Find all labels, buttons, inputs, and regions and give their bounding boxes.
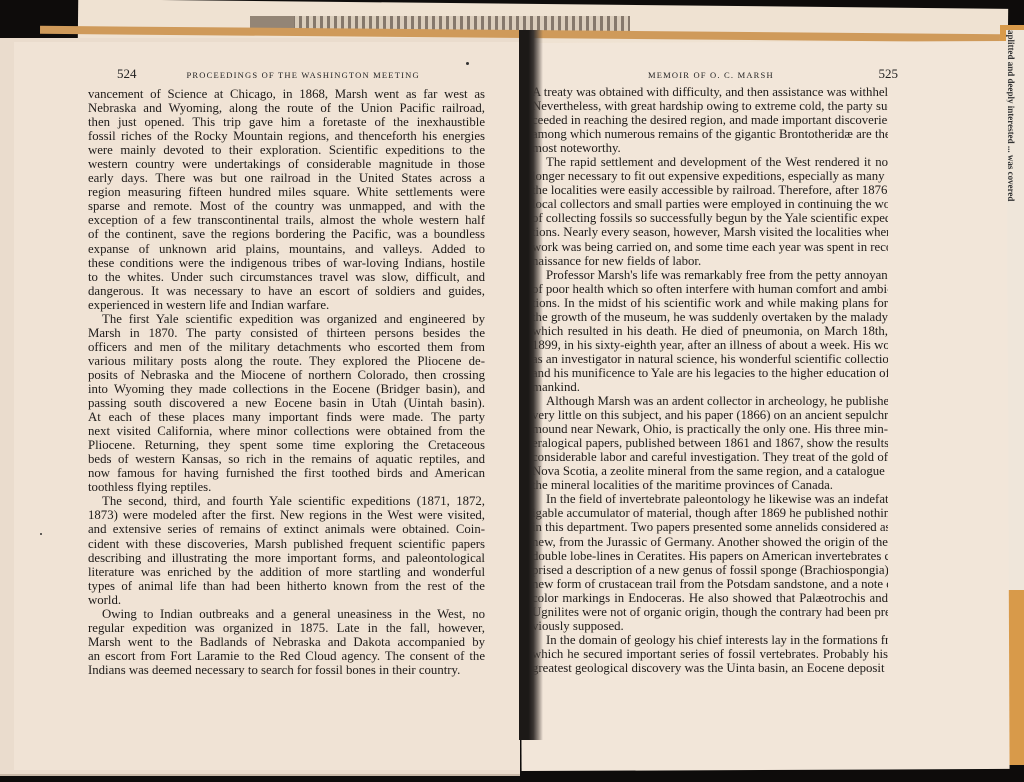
text-line: which resulted in his death. He died of …	[532, 324, 888, 338]
text-line: now famous for having furnished the firs…	[88, 466, 485, 480]
text-line: work was being carried on, and some time…	[532, 240, 888, 254]
text-line: beds of western Kansas, so rich in the r…	[88, 452, 485, 466]
text-line: vancement of Science at Chicago, in 1868…	[88, 87, 485, 101]
text-line: of collecting fossils so successfully be…	[532, 211, 888, 225]
text-line: double lobe-lines in Ceratites. His pape…	[532, 549, 888, 563]
text-line: naissance for new fields of labor.	[532, 254, 888, 268]
right-edge-text: aplitted and deeply interested ... was c…	[1006, 30, 1015, 201]
text-line: Ugnilites were not of organic origin, th…	[532, 605, 888, 619]
text-line: region measuring fifteen hundred miles s…	[88, 185, 485, 199]
text-line: 1873) were modeled after the first. New …	[88, 508, 485, 522]
left-running-head: 524 PROCEEDINGS OF THE WASHINGTON MEETIN…	[117, 66, 441, 82]
text-line: cident with these discoveries, Marsh pub…	[88, 537, 485, 551]
text-line: of the continent, save the regions borde…	[88, 227, 485, 241]
text-line: longer necessary to fit out expensive ex…	[532, 169, 888, 183]
text-line: western country were undertakings of con…	[88, 157, 485, 171]
text-line: greatest geological discovery was the Ui…	[532, 661, 888, 675]
text-line: Nebraska and Wyoming, along the route of…	[88, 101, 485, 115]
text-line: in this department. Two papers presented…	[532, 520, 888, 534]
text-line: 1899, in his sixty-eighth year, after an…	[532, 338, 888, 352]
text-line: local collectors and small parties were …	[532, 197, 888, 211]
page-number: 524	[117, 66, 137, 82]
right-page-body: A treaty was obtained with difficulty, a…	[532, 85, 888, 675]
text-line: officers and men of the military detachm…	[88, 340, 485, 354]
text-line: Indians was deemed necessary to search f…	[88, 663, 485, 677]
text-line: next visited California, where minor col…	[88, 424, 485, 438]
text-line: the mineral localities of the maritime p…	[532, 478, 888, 492]
text-line: among which numerous remains of the giga…	[532, 127, 888, 141]
text-line: which he secured important series of fos…	[532, 647, 888, 661]
text-line: describing and illustrating the more imp…	[88, 551, 485, 565]
text-line: Owing to Indian outbreaks and a general …	[88, 607, 485, 621]
text-line: fossil riches of the Rocky Mountain regi…	[88, 129, 485, 143]
text-line: prised a description of a new genus of f…	[532, 563, 888, 577]
text-line: were mainly devoted to their exploration…	[88, 143, 485, 157]
text-line: most noteworthy.	[532, 141, 888, 155]
text-line: regular expedition was organized in 1875…	[88, 621, 485, 635]
page-number: 525	[879, 66, 899, 82]
text-line: the growth of the museum, he was suddenl…	[532, 310, 888, 324]
text-line: toothless flying reptiles.	[88, 480, 485, 494]
text-line: mankind.	[532, 380, 888, 394]
text-line: sparse and remote. Most of the country w…	[88, 199, 485, 213]
text-line: Although Marsh was an ardent collector i…	[532, 394, 888, 408]
text-line: and extensive series of remains of extin…	[88, 522, 485, 536]
text-line: experienced in western life and Indian w…	[88, 298, 485, 312]
text-line: Nevertheless, with great hardship owing …	[532, 99, 888, 113]
text-line: color markings in Endoceras. He also sho…	[532, 591, 888, 605]
text-line: mound near Newark, Ohio, is practically …	[532, 422, 888, 436]
right-running-head: MEMOIR OF O. C. MARSH 525	[648, 66, 898, 82]
text-line: posits of Nebraska and the Miocene of no…	[88, 368, 485, 382]
speck	[40, 533, 42, 535]
text-line: ceeded in reaching the desired region, a…	[532, 113, 888, 127]
text-line: these conditions were the indigenous tri…	[88, 256, 485, 270]
text-line: the localities were easily accessible by…	[532, 183, 888, 197]
text-line: an escort from Fort Laramie to the Red C…	[88, 649, 485, 663]
text-line: early days. There was but one railroad i…	[88, 171, 485, 185]
text-line: expanse of unknown arid plains, mountain…	[88, 242, 485, 256]
text-line: and his munificence to Yale are his lega…	[532, 366, 888, 380]
text-line: The rapid settlement and development of …	[532, 155, 888, 169]
text-line: to the whites. Under such circumstances …	[88, 270, 485, 284]
book-gutter-shadow	[519, 30, 543, 740]
text-line: Marsh went to the Badlands of Nebraska a…	[88, 635, 485, 649]
running-head-title: MEMOIR OF O. C. MARSH	[648, 70, 774, 80]
text-line: Nova Scotia, a zeolite mineral from the …	[532, 464, 888, 478]
text-line: Professor Marsh's life was remarkably fr…	[532, 268, 888, 282]
text-line: In the field of invertebrate paleontolog…	[532, 492, 888, 506]
text-line: as an investigator in natural science, h…	[532, 352, 888, 366]
text-line: eralogical papers, published between 186…	[532, 436, 888, 450]
text-line: A treaty was obtained with difficulty, a…	[532, 85, 888, 99]
text-line: into Wyoming they made collections in th…	[88, 382, 485, 396]
text-line: passing south discovered a new Eocene ba…	[88, 396, 485, 410]
text-line: tions. Nearly every season, however, Mar…	[532, 225, 888, 239]
text-line: then just opened. This trip gave him a f…	[88, 115, 485, 129]
text-line: viously supposed.	[532, 619, 888, 633]
left-page-body: vancement of Science at Chicago, in 1868…	[88, 87, 485, 677]
right-edge-clipping: aplitted and deeply interested ... was c…	[1006, 30, 1024, 590]
text-line: The first Yale scientific expedition was…	[88, 312, 485, 326]
text-line: tions. In the midst of his scientific wo…	[532, 296, 888, 310]
text-line: exception of a few transcontinental trai…	[88, 213, 485, 227]
text-line: igable accumulator of material, though a…	[532, 506, 888, 520]
running-head-title: PROCEEDINGS OF THE WASHINGTON MEETING	[187, 70, 420, 80]
text-line: Marsh in 1870. The party consisted of th…	[88, 326, 485, 340]
text-line: At each of these places many important f…	[88, 410, 485, 424]
text-line: In the domain of geology his chief inter…	[532, 633, 888, 647]
text-line: types of animal life than had been hithe…	[88, 579, 485, 593]
text-line: various military posts along the route. …	[88, 354, 485, 368]
text-line: The second, third, and fourth Yale scien…	[88, 494, 485, 508]
text-line: literature was enriched by the addition …	[88, 565, 485, 579]
text-line: of poor health which so often interfere …	[532, 282, 888, 296]
text-line: very little on this subject, and his pap…	[532, 408, 888, 422]
text-line: considerable labor and careful investiga…	[532, 450, 888, 464]
speck	[466, 62, 469, 65]
text-line: Pliocene. Returning, they spent some tim…	[88, 438, 485, 452]
text-line: dangerous. It was necessary to have an e…	[88, 284, 485, 298]
text-line: world.	[88, 593, 485, 607]
text-line: new, from the Jurassic of Germany. Anoth…	[532, 535, 888, 549]
text-line: new form of crustacean trail from the Po…	[532, 577, 888, 591]
